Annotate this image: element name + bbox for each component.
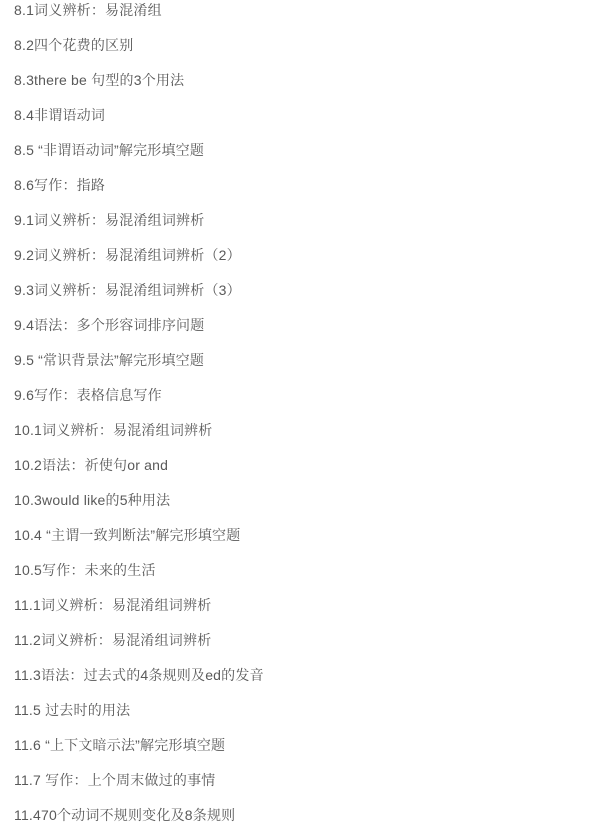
toc-item[interactable]: 10.1词义辨析：易混淆组词辨析: [14, 413, 605, 448]
toc-item[interactable]: 8.4非谓语动词: [14, 98, 605, 133]
toc-item[interactable]: 11.7 写作：上个周末做过的事情: [14, 763, 605, 798]
toc-item[interactable]: 11.2词义辨析：易混淆组词辨析: [14, 623, 605, 658]
toc-item[interactable]: 9.2词义辨析：易混淆组词辨析（2）: [14, 238, 605, 273]
toc-item[interactable]: 9.1词义辨析：易混淆组词辨析: [14, 203, 605, 238]
toc-item[interactable]: 10.4 “主谓一致判断法”解完形填空题: [14, 518, 605, 553]
lesson-toc-list: 8.1词义辨析：易混淆组 8.2四个花费的区别 8.3there be 句型的3…: [0, 0, 615, 826]
toc-item[interactable]: 10.5写作：未来的生活: [14, 553, 605, 588]
toc-item[interactable]: 8.2四个花费的区别: [14, 28, 605, 63]
toc-item[interactable]: 11.6 “上下文暗示法”解完形填空题: [14, 728, 605, 763]
toc-item[interactable]: 8.5 “非谓语动词”解完形填空题: [14, 133, 605, 168]
toc-item[interactable]: 9.5 “常识背景法”解完形填空题: [14, 343, 605, 378]
toc-item[interactable]: 9.4语法：多个形容词排序问题: [14, 308, 605, 343]
toc-item[interactable]: 11.3语法：过去式的4条规则及ed的发音: [14, 658, 605, 693]
toc-item[interactable]: 9.6写作：表格信息写作: [14, 378, 605, 413]
toc-item[interactable]: 10.2语法：祈使句or and: [14, 448, 605, 483]
toc-item[interactable]: 11.5 过去时的用法: [14, 693, 605, 728]
toc-item[interactable]: 10.3would like的5种用法: [14, 483, 605, 518]
toc-item[interactable]: 8.1词义辨析：易混淆组: [14, 0, 605, 28]
toc-item[interactable]: 11.470个动词不规则变化及8条规则: [14, 798, 605, 826]
toc-item[interactable]: 8.3there be 句型的3个用法: [14, 63, 605, 98]
toc-item[interactable]: 9.3词义辨析：易混淆组词辨析（3）: [14, 273, 605, 308]
toc-item[interactable]: 11.1词义辨析：易混淆组词辨析: [14, 588, 605, 623]
toc-item[interactable]: 8.6写作：指路: [14, 168, 605, 203]
